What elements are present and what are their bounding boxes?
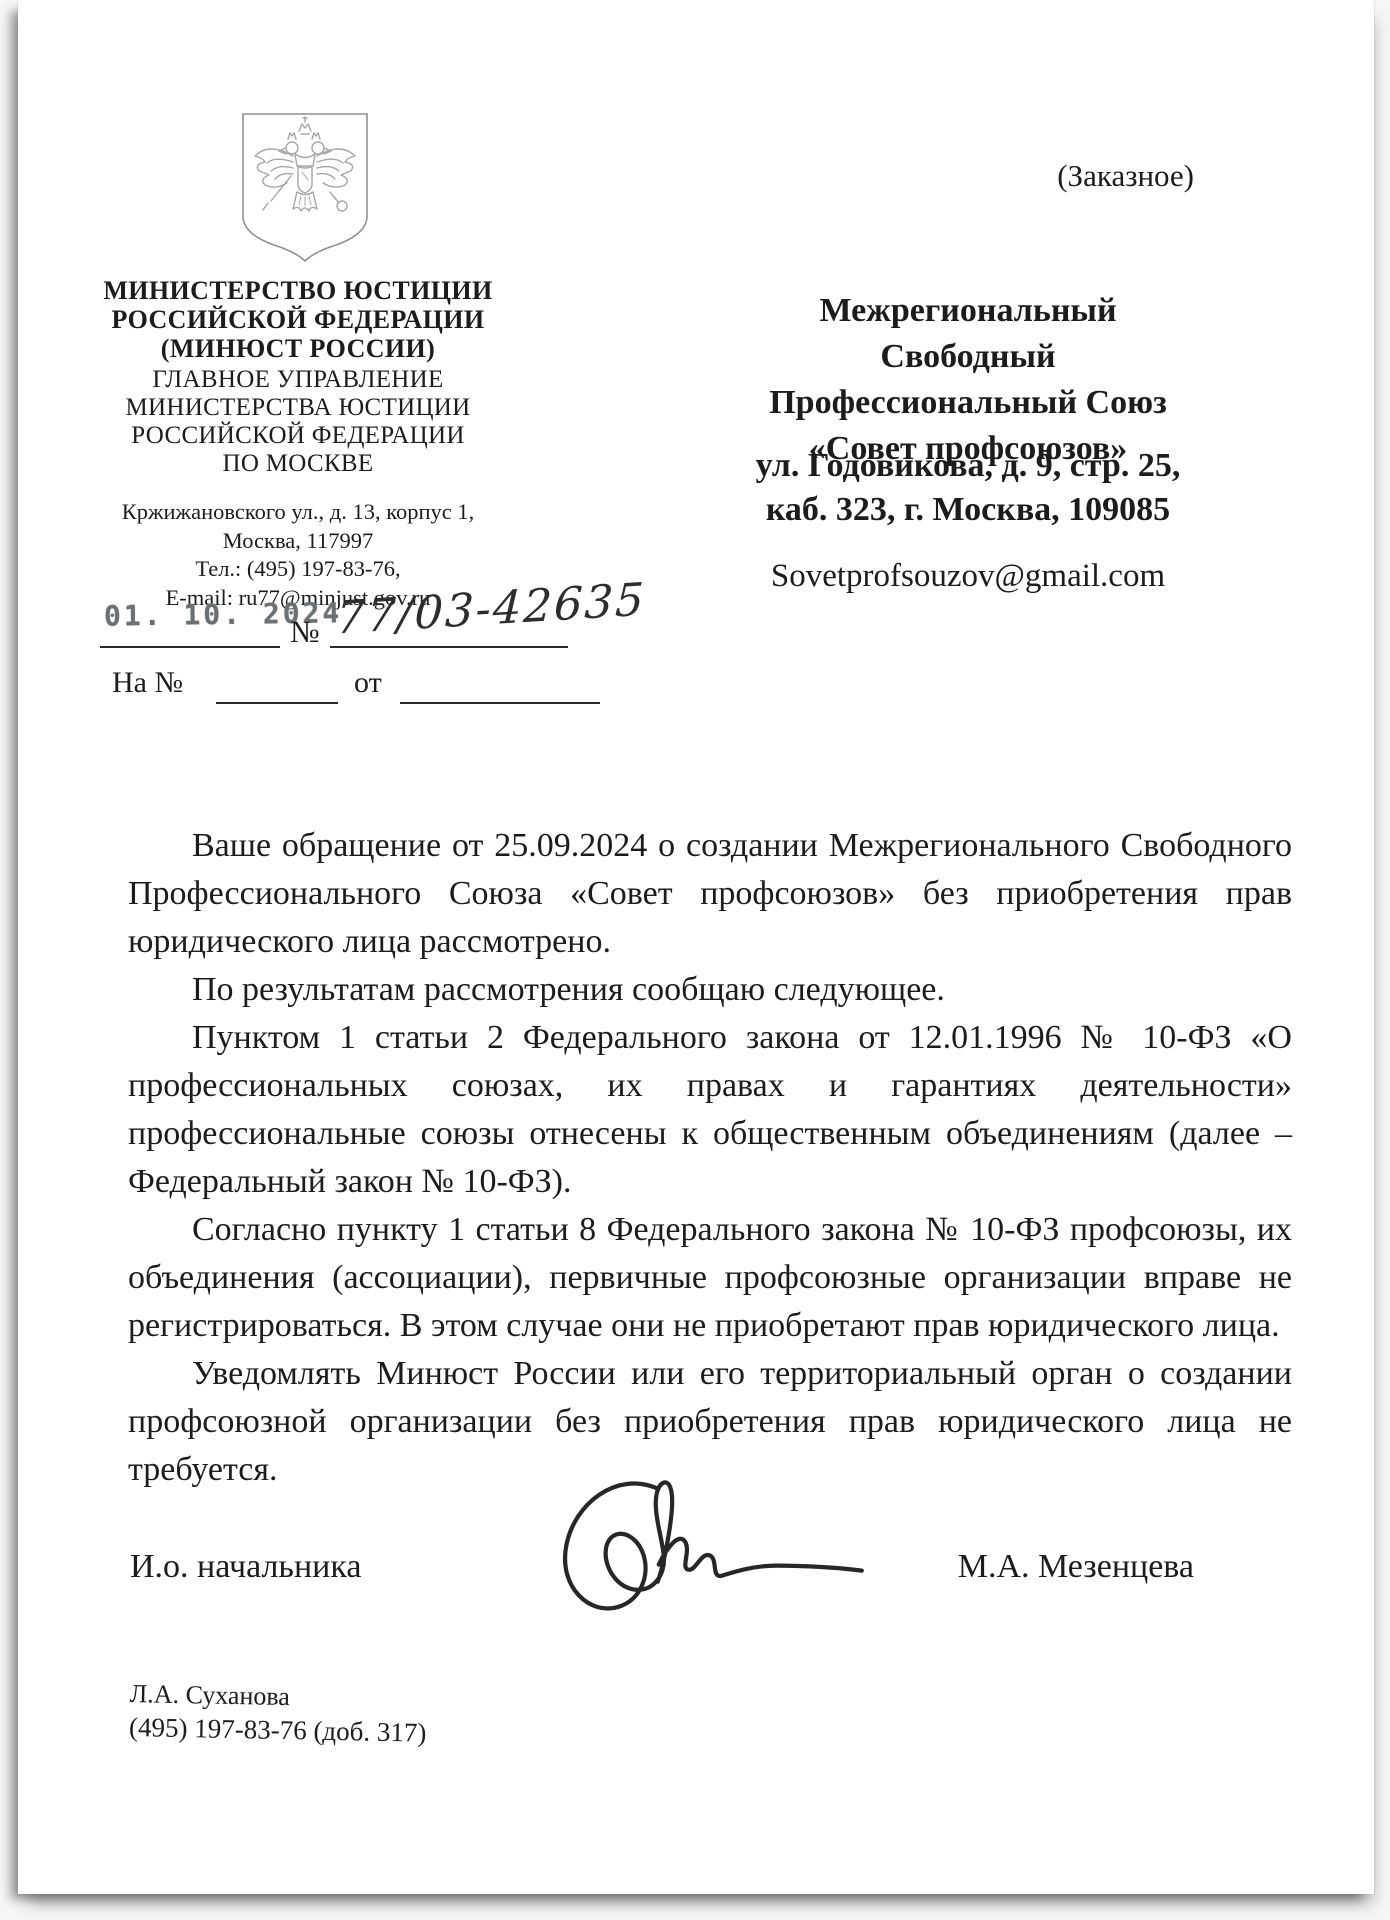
body-paragraph: По результатам рассмотрения сообщаю след… [128,966,1292,1014]
ministry-name-line: МИНИСТЕРСТВО ЮСТИЦИИ [88,276,508,305]
date-underline [100,646,280,648]
reference-row: На № от [88,660,608,720]
ministry-name-line: (МИНЮСТ РОССИИ) [88,334,508,363]
ref-date-underline [400,702,600,704]
ministry-name-block: МИНИСТЕРСТВО ЮСТИЦИИ РОССИЙСКОЙ ФЕДЕРАЦИ… [88,276,508,363]
recipient-name-line: Профессиональный Союз [734,380,1202,426]
recipient-address-block: ул. Годовикова, д. 9, стр. 25, каб. 323,… [734,444,1202,532]
department-line: ГЛАВНОЕ УПРАВЛЕНИЕ [88,366,508,394]
scanned-letter-page: { "colors":{ "ink":"#1c1c1c", "stamp_gra… [0,0,1390,1920]
letter-paper: МИНИСТЕРСТВО ЮСТИЦИИ РОССИЙСКОЙ ФЕДЕРАЦИ… [18,0,1374,1894]
sender-address-line: Тел.: (495) 197-83-76, [88,555,508,584]
mail-class-label: (Заказное) [742,158,1194,194]
signature-icon [506,1462,898,1630]
ref-na-label: На № [112,666,183,700]
signer-name: М.А. Мезенцева [942,1548,1194,1586]
body-paragraph: Ваше обращение от 25.09.2024 о создании … [128,822,1292,966]
russia-coat-of-arms-icon [234,104,376,264]
sender-address-line: Москва, 117997 [88,527,508,556]
department-line: ПО МОСКВЕ [88,450,508,478]
executor-block: Л.А. Суханова (495) 197-83-76 (доб. 317) [129,1678,650,1754]
body-paragraph: Пунктом 1 статьи 2 Федерального закона о… [128,1014,1292,1206]
ministry-name-line: РОССИЙСКОЙ ФЕДЕРАЦИИ [88,305,508,334]
department-line: МИНИСТЕРСТВА ЮСТИЦИИ [88,394,508,422]
department-line: РОССИЙСКОЙ ФЕДЕРАЦИИ [88,422,508,450]
recipient-email: Sovetprofsouzov@gmail.com [734,558,1202,595]
body-paragraph: Согласно пункту 1 статьи 8 Федерального … [128,1206,1292,1350]
letter-body: Ваше обращение от 25.09.2024 о создании … [128,822,1292,1494]
recipient-address-line: каб. 323, г. Москва, 109085 [734,488,1202,532]
department-name-block: ГЛАВНОЕ УПРАВЛЕНИЕ МИНИСТЕРСТВА ЮСТИЦИИ … [88,366,508,478]
recipient-address-line: ул. Годовикова, д. 9, стр. 25, [734,444,1202,488]
recipient-name-line: Межрегиональный Свободный [734,288,1202,380]
number-sign: № [290,614,320,650]
number-underline [330,646,568,648]
sender-address-line: Кржижановского ул., д. 13, корпус 1, [88,498,508,527]
signer-position: И.о. начальника [130,1548,361,1586]
ref-number-underline [216,702,338,704]
ref-ot-label: от [354,666,382,700]
